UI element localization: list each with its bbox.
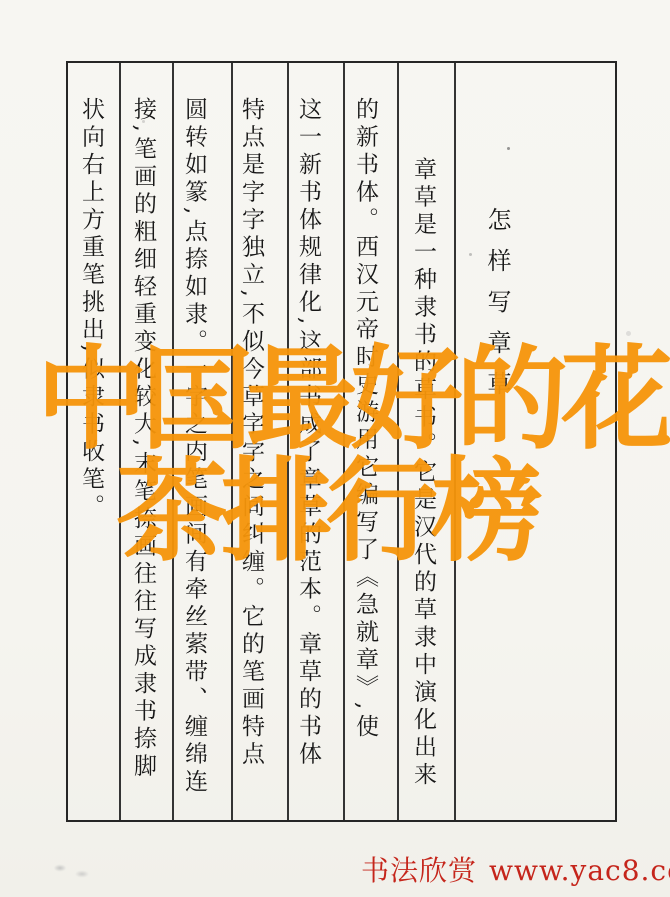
watermark-line-1: 中国最好的花 (36, 344, 666, 456)
scan-smudge (48, 858, 100, 884)
site-name: 书法欣赏 (361, 854, 477, 887)
site-url: www.yac8.com (489, 854, 670, 887)
scan-noise-dots (0, 0, 3, 3)
page-scan: 怎样写章草 章草是一种隶书的草书。它是汉代的草隶中演化出来 的新书体。西汉元帝时… (0, 0, 670, 897)
watermark-line-2: 茶排行榜 (116, 456, 536, 568)
footer-watermark: 书法欣赏www.yac8.com (361, 849, 670, 889)
